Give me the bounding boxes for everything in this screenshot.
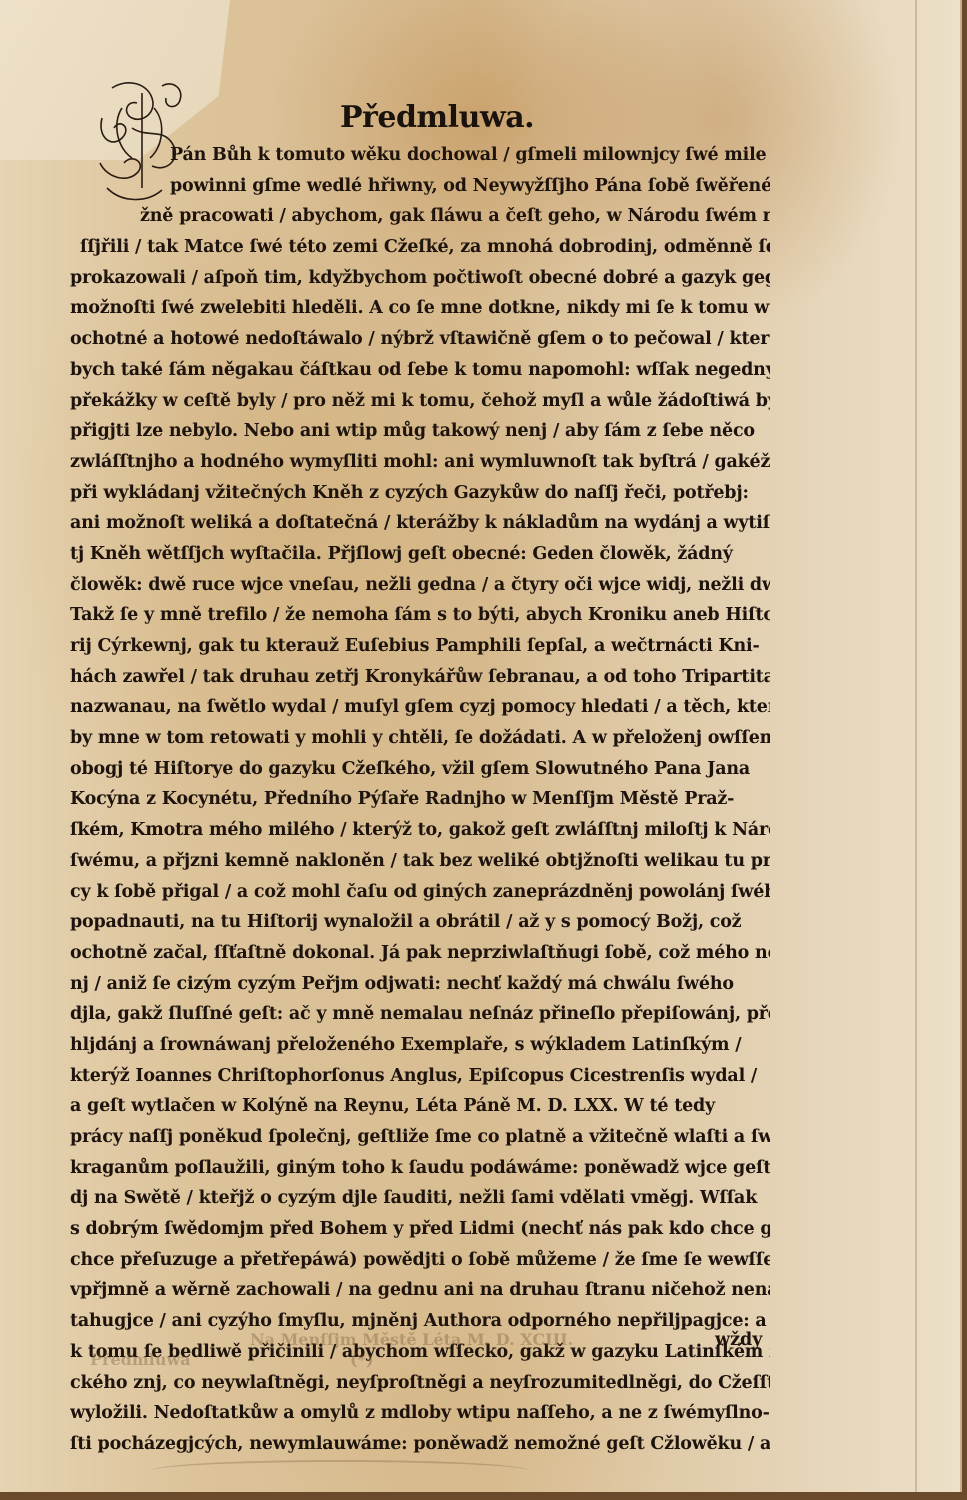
text-line: a geſt wytlačen w Kolýně na Reynu, Léta … [70,1091,770,1122]
text-line: by mne w tom retowati y mohli y chtěli, … [70,723,770,754]
text-line: kterýž Ioannes Chriſtophorſonus Anglus, … [70,1061,770,1092]
text-line: Pán Bůh k tomuto wěku dochowal / gſmeli … [70,140,770,171]
text-line: chce přeſuzuge a přetřepáwá) powědjti o … [70,1245,770,1276]
body-text: Pán Bůh k tomuto wěku dochowal / gſmeli … [70,140,770,1460]
text-line: člowěk: dwě ruce wjce vneſau, nežli gedn… [70,570,770,601]
text-line: dj na Swětě / kteřjž o cyzým djle ſaudit… [70,1183,770,1214]
text-line: ani možnoſt weliká a doſtatečná / kteráž… [70,508,770,539]
show-through-text: Předmluwa [90,1350,191,1369]
text-line: při wykládanj vžitečných Kněh z cyzých G… [70,478,770,509]
text-line: cy k ſobě přigal / a což mohl čaſu od gi… [70,877,770,908]
text-line: překážky w ceſtě byly / pro něž mi k tom… [70,386,770,417]
text-line: nj / aniž ſe cizým cyzým Peřjm odjwati: … [70,969,770,1000]
text-line: zwláſſtnjho a hodného wymyſliti mohl: an… [70,447,770,478]
text-line: Kocýna z Kocynétu, Předního Pýſaře Radnj… [70,784,770,815]
text-line: možnoſti ſwé zwelebiti hleděli. A co ſe … [70,293,770,324]
text-line: žně pracowati / abychom, gak ſláwu a čeſ… [70,201,770,232]
text-line: kraganům poſlaužili, giným toho k ſaudu … [70,1153,770,1184]
manuscript-page: Předmluwa. Pán Bůh k tomuto wěku dochowa… [0,0,962,1492]
page-tear-mark [150,1460,530,1482]
text-line: tj Kněh wětſſjch wyſtačila. Přjſlowj geſ… [70,539,770,570]
text-line: obogj té Hiſtorye do gazyku Cžeſkého, vž… [70,754,770,785]
text-line: hách zawřel / tak druhau zetřj Kronykářů… [70,662,770,693]
text-line: bych také ſám něgakau čáſtkau od ſebe k … [70,355,770,386]
text-line: ſti pocházegjcých, newymlauwáme: poněwad… [70,1429,770,1460]
text-line: vpřjmně a wěrně zachowali / na gednu ani… [70,1275,770,1306]
text-line: prácy naſſj poněkud ſpolečnj, geſtliže ſ… [70,1122,770,1153]
catchword: wždy [715,1330,762,1350]
text-line: djla, gakž ſluſſné geſt: ač y mně nemala… [70,999,770,1030]
text-line: ckého znj, co neywlaſtněgi, neyſproſtněg… [70,1368,770,1399]
text-line: ſwému, a přjzni kemně nakloněn / tak bez… [70,846,770,877]
text-line: popadnauti, na tu Hiſtorij wynaložil a o… [70,907,770,938]
text-line: hljdánj a ſrownáwanj přeloženého Exempla… [70,1030,770,1061]
text-line: s dobrým ſwědomjm před Bohem y před Lidm… [70,1214,770,1245]
text-line: prokazowali / aſpoň tim, kdyžbychom počt… [70,263,770,294]
text-line: rij Cýrkewnj, gak tu kterauž Euſebius Pa… [70,631,770,662]
text-line: powinni gſme wedlé hřiwny, od Neywyžſſjh… [70,171,770,202]
text-line: ochotně začal, ſſťaſtně dokonal. Já pak … [70,938,770,969]
text-line: ſſjřili / tak Matce ſwé této zemi Cžeſké… [70,232,770,263]
text-line: ochotné a hotowé nedoſtáwalo / nýbrž vſt… [70,324,770,355]
page-crease [915,0,917,1492]
text-line: wyložili. Nedoſtatkůw a omylů z mdloby w… [70,1398,770,1429]
text-line: nazwanau, na ſwětlo wydal / muſyl gſem c… [70,692,770,723]
text-line: Takž ſe y mně trefilo / že nemoha ſám s … [70,600,770,631]
show-through-text: Na Menſſjm Městě Léta M. D. XCIII. [250,1330,573,1349]
page-title: Předmluwa. [340,100,640,135]
text-line: ſkém, Kmotra mého milého / kterýž to, ga… [70,815,770,846]
show-through-ornament: (*) [350,1350,374,1369]
text-line: přigjti lze nebylo. Nebo ani wtip můg ta… [70,416,770,447]
